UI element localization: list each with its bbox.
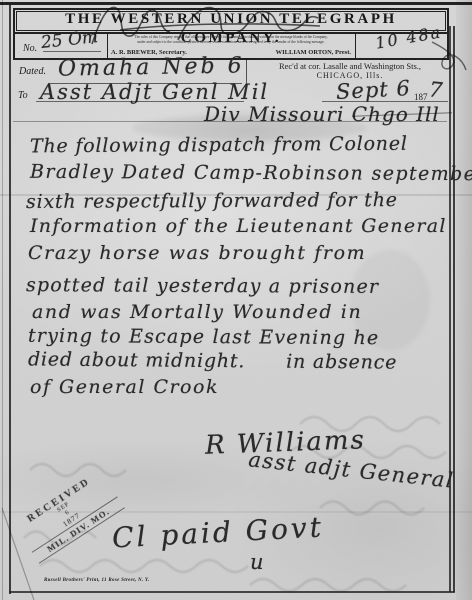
message-line: The following dispatch from Colonel: [30, 132, 408, 159]
fold-crease-upper: [0, 194, 472, 196]
cell-divider-left: [107, 32, 108, 58]
message-line: died about midnight. in absence: [28, 347, 397, 374]
right-border-rule-inner: [449, 26, 451, 592]
flourish-mark-handwritten: u: [250, 550, 264, 574]
message-line: Bradley Dated Camp-Robinson september: [30, 160, 472, 186]
dated-value-handwritten: Omaha Neb 6: [58, 53, 245, 81]
fold-crease-lower: [0, 511, 472, 513]
to-label: To: [18, 90, 28, 101]
form-bottom-rule: [13, 121, 447, 122]
year-written-handwritten: 7: [428, 77, 444, 102]
message-line: Crazy horse was brought from: [28, 241, 366, 265]
payment-note-handwritten: Cl paid Govt: [111, 510, 324, 554]
dated-label: Dated.: [19, 66, 46, 77]
printer-credit: Russell Brothers' Print, 11 Rose Street,…: [44, 578, 149, 583]
president-name: WILLIAM ORTON, Prest.: [276, 49, 351, 56]
left-border-rule: [9, 2, 11, 594]
scanned-telegram-page: THE WESTERN UNION TELEGRAPH COMPANY. No.…: [0, 0, 472, 600]
cell-divider-right: [355, 32, 356, 58]
message-line: and was Mortally Wounded in: [32, 300, 362, 324]
message-line: of General Crook: [30, 375, 219, 399]
left-paper-edge: [2, 0, 3, 600]
message-line: spotted tail yesterday a prisoner: [26, 273, 379, 299]
no-label: No.: [23, 43, 37, 54]
right-border-rule-outer: [453, 26, 455, 592]
message-line: trying to Escape last Evening he: [28, 324, 380, 350]
year-printed: 187: [414, 92, 428, 102]
top-border-rule: [0, 2, 472, 5]
bottom-border-rule: [9, 591, 455, 593]
message-line: sixth respectfully forwarded for the: [26, 188, 398, 214]
date-value-handwritten: Sept 6: [335, 76, 411, 104]
conditions-line2: under and subject to the conditions prin…: [133, 39, 328, 44]
message-line: Information of the Lieutenant General: [30, 214, 447, 238]
received-at-line1: Rec'd at cor. Lasalle and Washington Sts…: [252, 61, 448, 71]
right-margin-shade: [456, 0, 472, 600]
